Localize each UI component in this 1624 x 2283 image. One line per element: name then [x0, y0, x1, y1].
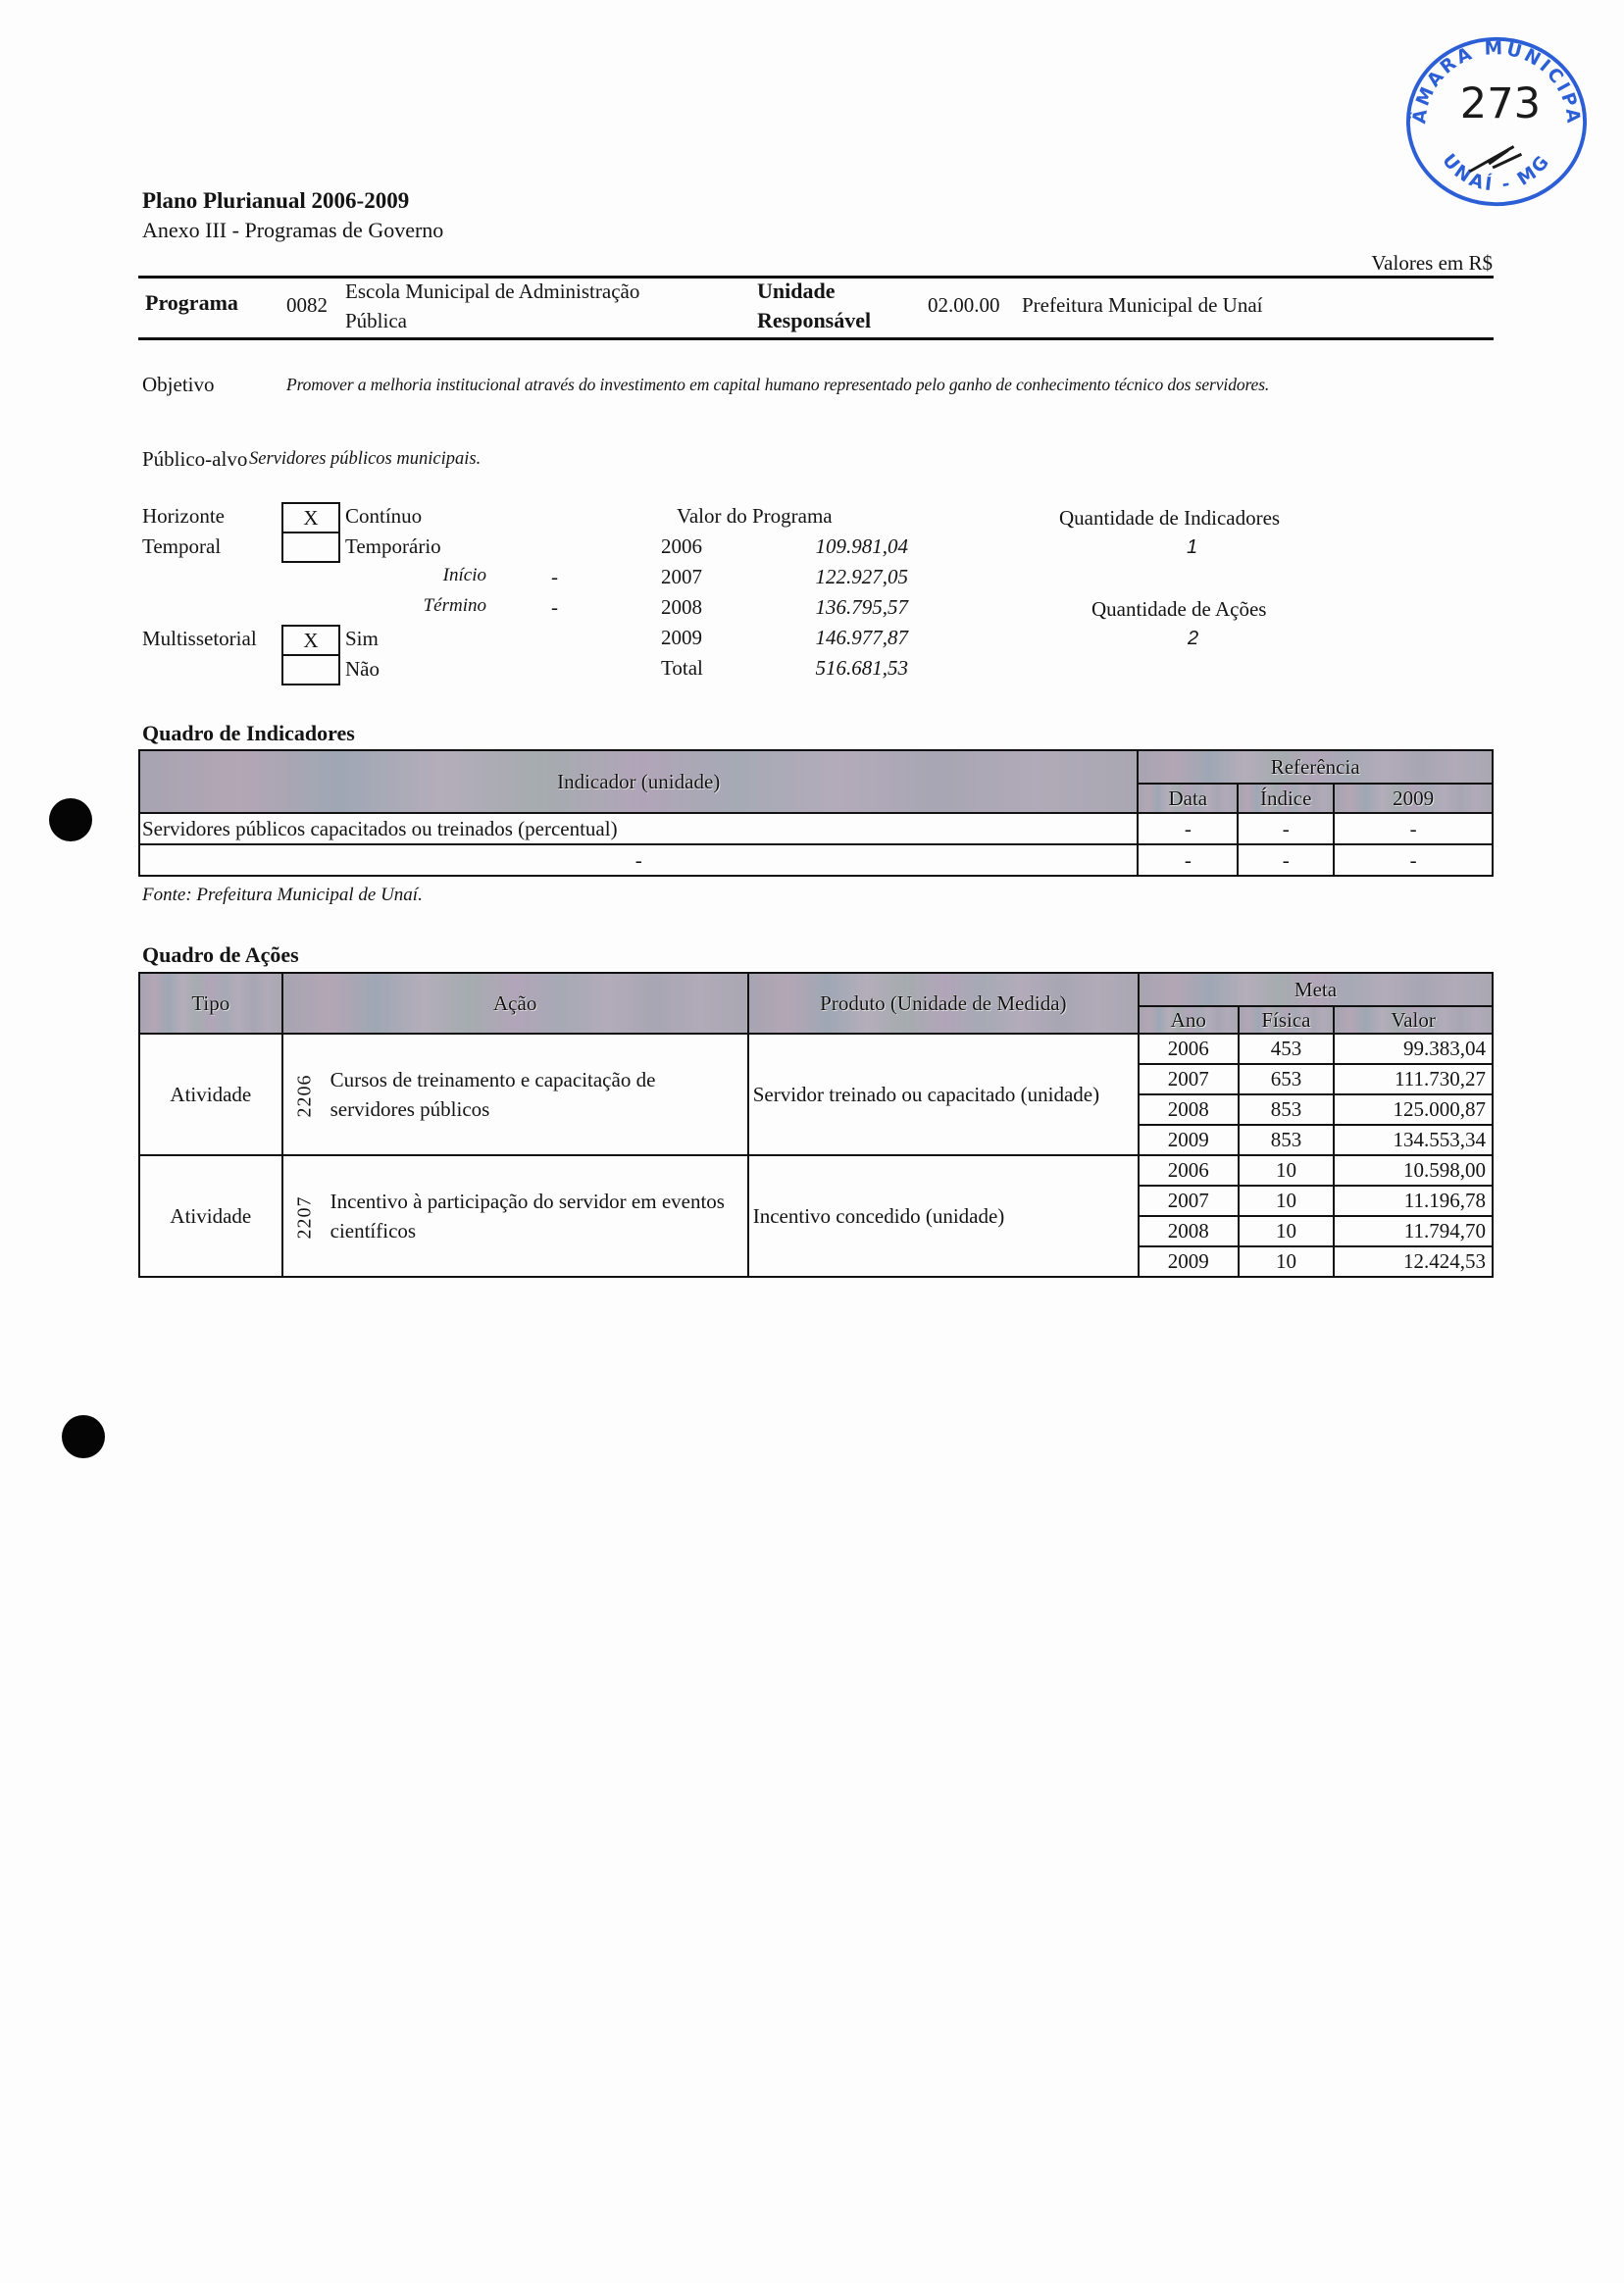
quantidade-indicadores-value: 1: [1187, 536, 1197, 559]
ano-cell: 2007: [1139, 1064, 1239, 1094]
ano-cell: 2007: [1139, 1186, 1239, 1216]
horizonte-label: Horizonte: [142, 504, 225, 529]
data-cell: -: [1138, 844, 1238, 876]
objetivo-label: Objetivo: [142, 373, 215, 397]
table-row: Atividade2207Incentivo à participação do…: [139, 1155, 1493, 1186]
acao-cell: Cursos de treinamento e capacitação de s…: [327, 1034, 748, 1155]
programa-name-line1: Escola Municipal de Administração: [345, 277, 718, 306]
inicio-value: -: [551, 565, 558, 589]
multissetorial-label: Multissetorial: [142, 627, 257, 651]
valor-programa-value: 122.927,05: [751, 565, 908, 589]
valor-cell: 11.196,78: [1334, 1186, 1493, 1216]
data-cell: -: [1138, 813, 1238, 844]
unidade-responsavel-label: Unidade Responsável: [757, 277, 871, 335]
sim-label: Sim: [345, 627, 379, 651]
fisica-cell: 10: [1239, 1246, 1335, 1277]
indicador-cell: Servidores públicos capacitados ou trein…: [139, 813, 1138, 844]
programa-label: Programa: [145, 290, 238, 316]
ano-cell: 2006: [1139, 1155, 1239, 1186]
fisica-cell: 453: [1239, 1034, 1335, 1064]
header-acao: Ação: [282, 973, 748, 1034]
acao-code-cell: 2206: [282, 1034, 327, 1155]
unidade-code: 02.00.00: [928, 293, 1000, 318]
ano2009-cell: -: [1334, 844, 1493, 876]
acao-cell: Incentivo à participação do servidor em …: [327, 1155, 748, 1277]
document-title: Plano Plurianual 2006-2009: [142, 188, 409, 214]
indice-cell: -: [1238, 844, 1334, 876]
valor-cell: 125.000,87: [1334, 1094, 1493, 1125]
programa-name-line2: Pública: [345, 306, 718, 335]
acao-code: 2207: [293, 1195, 316, 1239]
temporal-label: Temporal: [142, 534, 221, 559]
acao-code: 2206: [293, 1074, 316, 1117]
fisica-cell: 10: [1239, 1216, 1335, 1246]
header-referencia: Referência: [1138, 750, 1493, 784]
quantidade-indicadores-label: Quantidade de Indicadores: [1059, 506, 1280, 531]
divider: [138, 337, 1494, 340]
header-tipo: Tipo: [139, 973, 282, 1034]
valor-programa-year: 2009: [661, 626, 702, 650]
indicador-cell: -: [139, 844, 1138, 876]
table-row: Atividade2206Cursos de treinamento e cap…: [139, 1034, 1493, 1064]
termino-label: Término: [392, 595, 486, 617]
ano-cell: 2009: [1139, 1246, 1239, 1277]
temporario-checkbox[interactable]: [281, 532, 340, 563]
valor-programa-title: Valor do Programa: [677, 504, 833, 529]
programa-name: Escola Municipal de Administração Públic…: [345, 277, 718, 335]
fisica-cell: 853: [1239, 1125, 1335, 1155]
valor-programa-year: 2007: [661, 565, 702, 589]
valor-cell: 99.383,04: [1334, 1034, 1493, 1064]
programa-code: 0082: [286, 293, 328, 318]
valor-cell: 10.598,00: [1334, 1155, 1493, 1186]
quadro-indicadores-title: Quadro de Indicadores: [142, 721, 355, 746]
valor-programa-value: 109.981,04: [751, 534, 908, 559]
produto-cell: Incentivo concedido (unidade): [748, 1155, 1139, 1277]
ano-cell: 2006: [1139, 1034, 1239, 1064]
unidade-label-line1: Unidade: [757, 277, 871, 306]
valor-programa-year: Total: [661, 656, 703, 681]
quadro-acoes-title: Quadro de Ações: [142, 942, 299, 968]
publico-alvo-text: Servidores públicos municipais.: [249, 449, 481, 470]
indicadores-table: Indicador (unidade) Referência Data Índi…: [138, 749, 1494, 877]
header-ano: Ano: [1139, 1006, 1239, 1034]
valor-cell: 11.794,70: [1334, 1216, 1493, 1246]
fonte-note: Fonte: Prefeitura Municipal de Unaí.: [142, 885, 423, 906]
nao-label: Não: [345, 657, 380, 682]
produto-cell: Servidor treinado ou capacitado (unidade…: [748, 1034, 1139, 1155]
inicio-label: Início: [412, 565, 486, 586]
ano-cell: 2009: [1139, 1125, 1239, 1155]
valor-cell: 12.424,53: [1334, 1246, 1493, 1277]
continuo-label: Contínuo: [345, 504, 422, 529]
acao-code-cell: 2207: [282, 1155, 327, 1277]
header-data: Data: [1138, 784, 1238, 813]
stamp-page-number: 273: [1460, 79, 1541, 128]
header-indice: Índice: [1238, 784, 1334, 813]
publico-alvo-label: Público-alvo: [142, 447, 247, 472]
ano-cell: 2008: [1139, 1216, 1239, 1246]
continuo-checkbox[interactable]: X: [281, 502, 340, 533]
temporario-label: Temporário: [345, 534, 441, 559]
header-produto: Produto (Unidade de Medida): [748, 973, 1139, 1034]
valor-programa-year: 2006: [661, 534, 702, 559]
header-valor: Valor: [1334, 1006, 1493, 1034]
ano2009-cell: -: [1334, 813, 1493, 844]
unidade-label-line2: Responsável: [757, 306, 871, 335]
fisica-cell: 10: [1239, 1155, 1335, 1186]
fisica-cell: 853: [1239, 1094, 1335, 1125]
fisica-cell: 653: [1239, 1064, 1335, 1094]
hole-punch: [49, 798, 92, 841]
camara-municipal-stamp: CÂMARA MUNICIPAL UNAÍ - MG 273: [1400, 29, 1593, 212]
objetivo-text: Promover a melhoria institucional atravé…: [286, 375, 1269, 395]
header-2009: 2009: [1334, 784, 1493, 813]
quantidade-acoes-label: Quantidade de Ações: [1091, 597, 1266, 622]
indice-cell: -: [1238, 813, 1334, 844]
document-subtitle: Anexo III - Programas de Governo: [142, 218, 443, 243]
header-fisica: Física: [1239, 1006, 1335, 1034]
unidade-name: Prefeitura Municipal de Unaí: [1022, 293, 1263, 318]
table-row: - - - -: [139, 844, 1493, 876]
valor-programa-value: 146.977,87: [751, 626, 908, 650]
tipo-cell: Atividade: [139, 1034, 282, 1155]
header-indicador: Indicador (unidade): [139, 750, 1138, 813]
currency-note: Valores em R$: [1371, 251, 1493, 276]
valor-programa-value: 136.795,57: [751, 595, 908, 620]
hole-punch: [62, 1415, 105, 1458]
valor-cell: 134.553,34: [1334, 1125, 1493, 1155]
tipo-cell: Atividade: [139, 1155, 282, 1277]
signature-mark: [1470, 146, 1522, 171]
header-meta: Meta: [1139, 973, 1493, 1006]
table-row: Servidores públicos capacitados ou trein…: [139, 813, 1493, 844]
sim-checkbox[interactable]: X: [281, 625, 340, 656]
nao-checkbox[interactable]: [281, 654, 340, 685]
acoes-table: Tipo Ação Produto (Unidade de Medida) Me…: [138, 972, 1494, 1278]
fisica-cell: 10: [1239, 1186, 1335, 1216]
valor-programa-year: 2008: [661, 595, 702, 620]
valor-programa-value: 516.681,53: [751, 656, 908, 681]
valor-cell: 111.730,27: [1334, 1064, 1493, 1094]
termino-value: -: [551, 595, 558, 620]
quantidade-acoes-value: 2: [1188, 628, 1198, 650]
ano-cell: 2008: [1139, 1094, 1239, 1125]
